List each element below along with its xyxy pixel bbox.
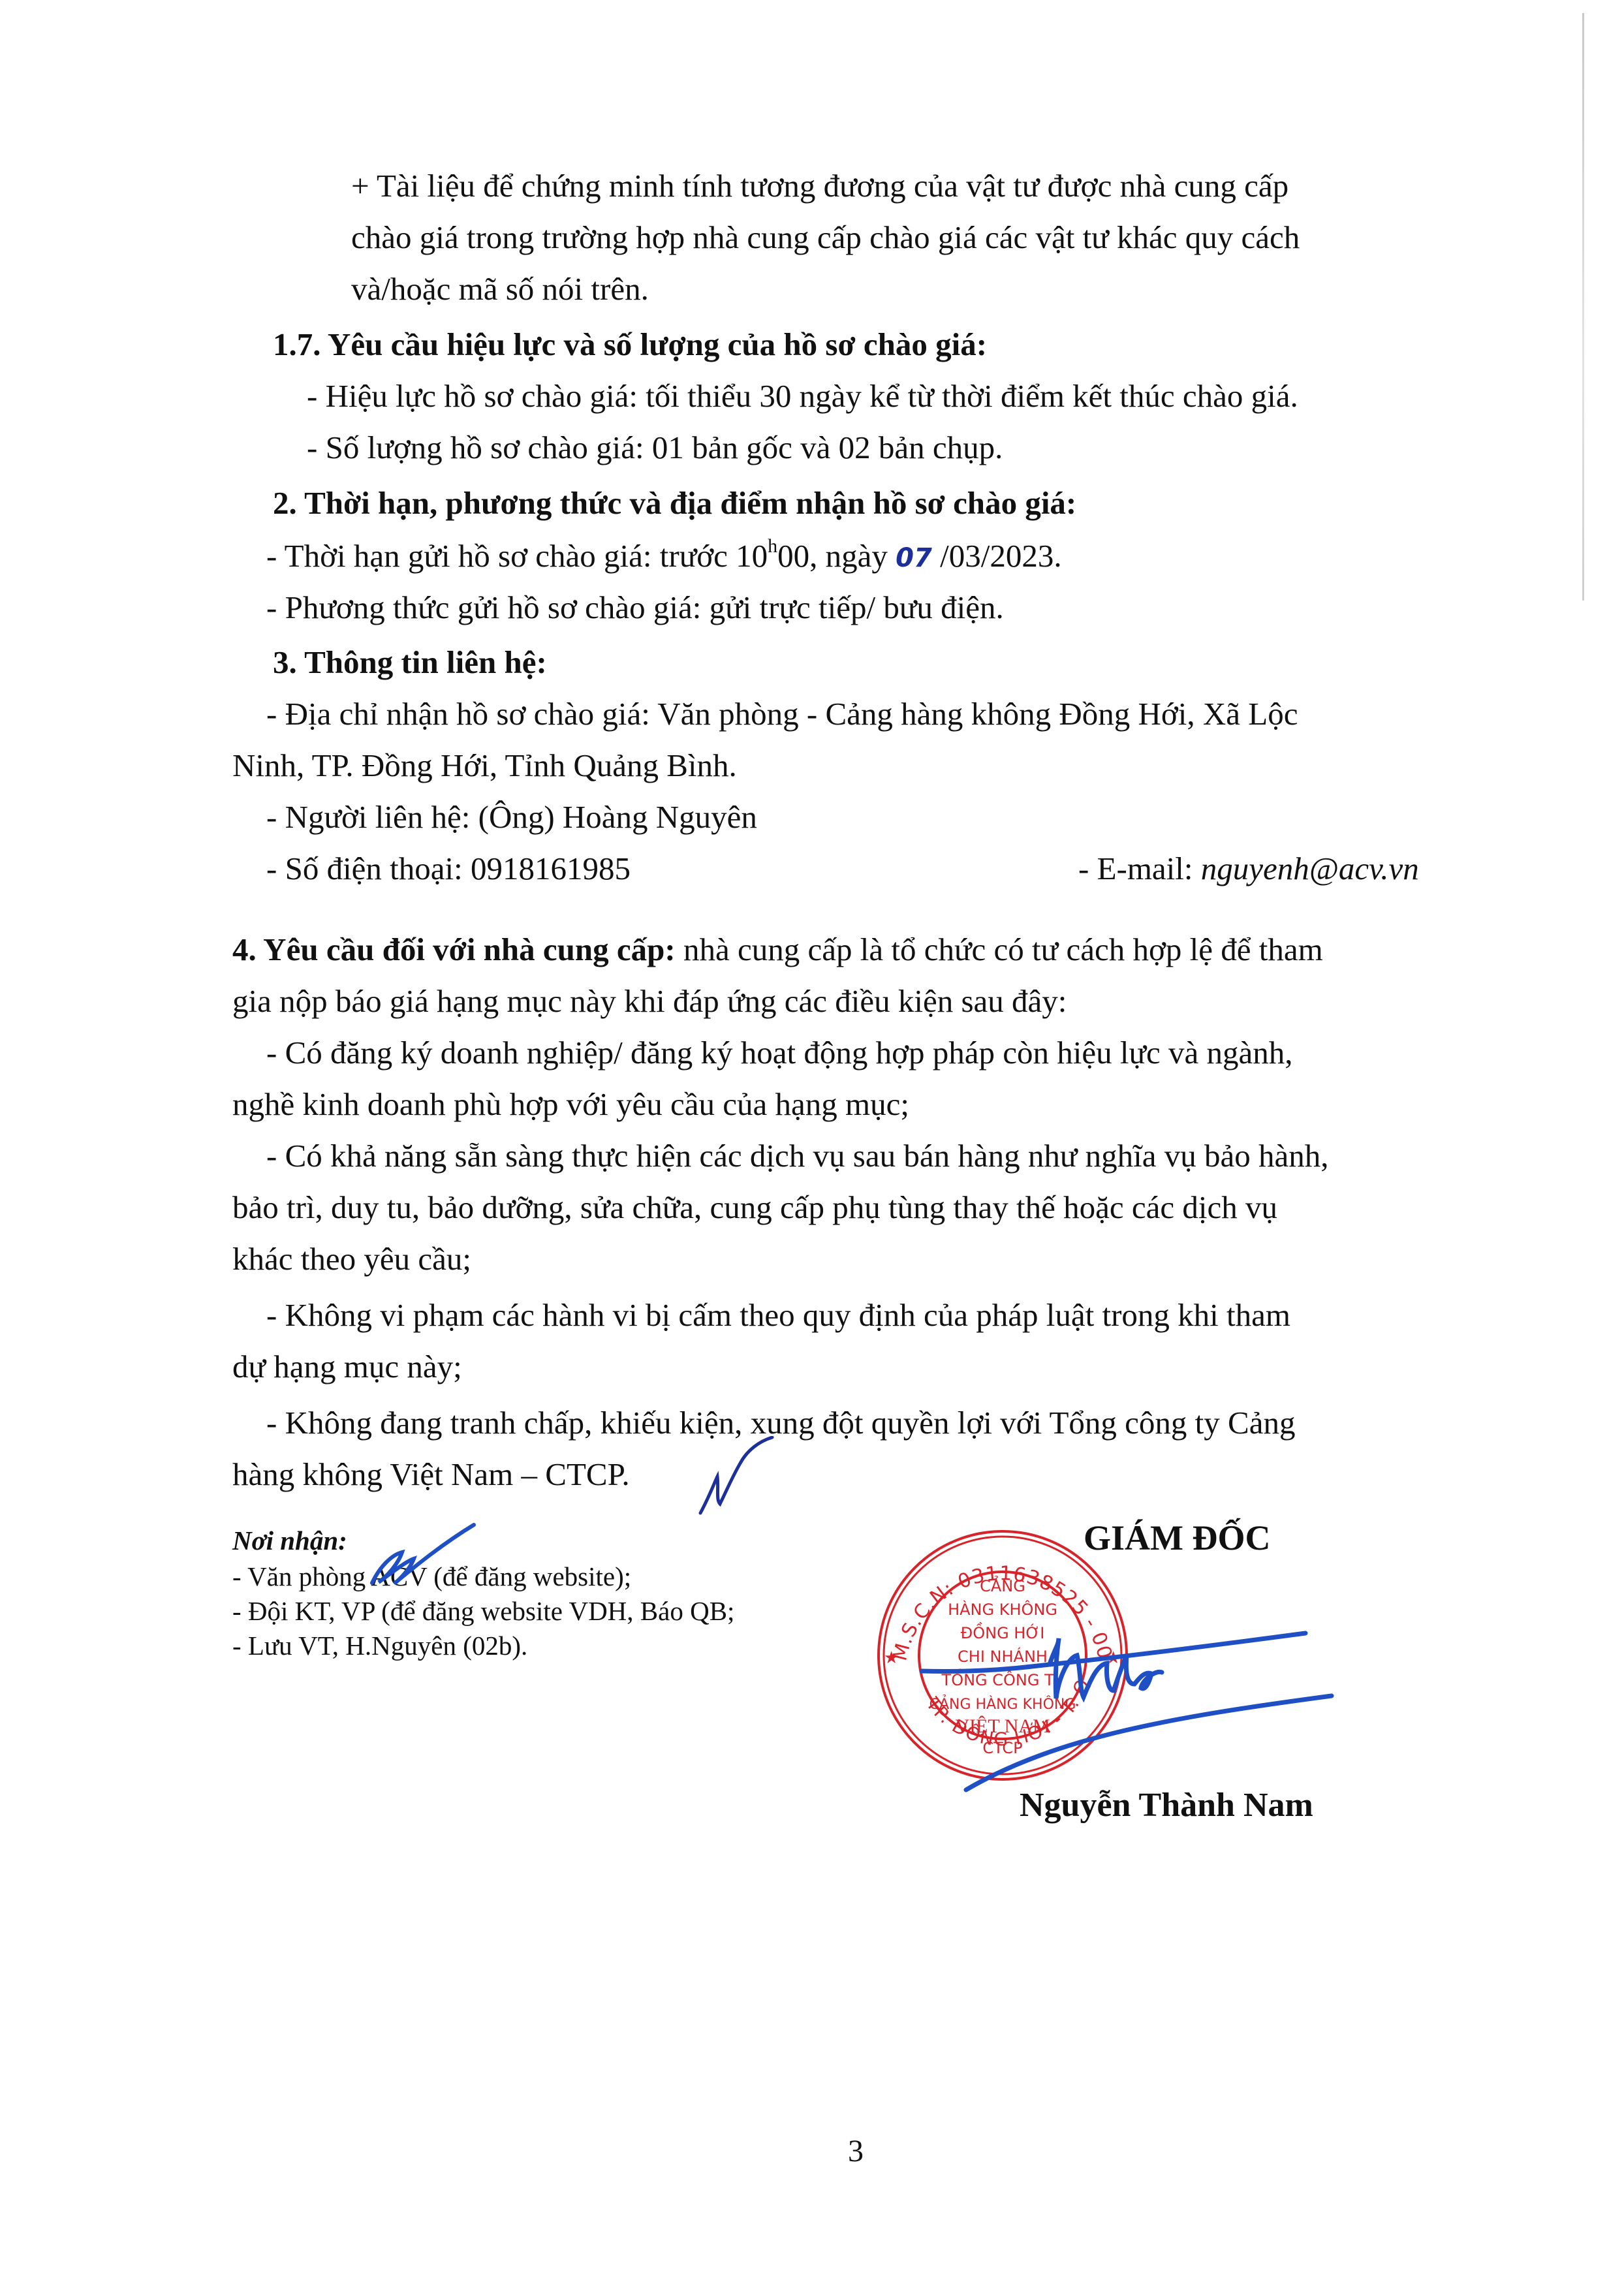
- deadline-mid: 00, ngày: [777, 538, 896, 574]
- recipients-title: Nơi nhận:: [232, 1524, 347, 1557]
- requirement-line: nghề kinh doanh phù hợp với yêu cầu của …: [232, 1085, 909, 1124]
- deadline-prefix: - Thời hạn gửi hồ sơ chào giá: trước 10: [266, 538, 768, 574]
- requirement-line: khác theo yêu cầu;: [232, 1240, 471, 1279]
- deadline-hour-sup: h: [768, 535, 777, 557]
- address-line-1: - Địa chỉ nhận hồ sơ chào giá: Văn phòng…: [266, 695, 1298, 734]
- intro-line-1: + Tài liệu để chứng minh tính tương đươn…: [351, 166, 1288, 206]
- section-1-7-item: - Số lượng hồ sơ chào giá: 01 bản gốc và…: [307, 428, 1003, 467]
- recipient-item: - Lưu VT, H.Nguyên (02b).: [232, 1629, 527, 1662]
- deadline-line: - Thời hạn gửi hồ sơ chào giá: trước 10h…: [266, 537, 1062, 578]
- email-link[interactable]: nguyenh@acv.vn: [1201, 851, 1419, 886]
- recipient-item: - Đội KT, VP (để đăng website VDH, Báo Q…: [232, 1595, 734, 1627]
- handwritten-day: 07: [896, 543, 932, 573]
- intro-line-3: và/hoặc mã số nói trên.: [351, 270, 649, 309]
- contact-person: - Người liên hệ: (Ông) Hoàng Nguyên: [266, 798, 757, 837]
- deadline-suffix: /03/2023.: [932, 538, 1062, 574]
- requirement-line: bảo trì, duy tu, bảo dưỡng, sửa chữa, cu…: [232, 1188, 1277, 1227]
- section-4-heading: 4. Yêu cầu đối với nhà cung cấp:: [232, 931, 676, 967]
- section-2-heading: 2. Thời hạn, phương thức và địa điểm nhậ…: [273, 484, 1076, 523]
- contact-phone: - Số điện thoại: 0918161985: [266, 849, 631, 888]
- address-line-2: Ninh, TP. Đồng Hới, Tỉnh Quảng Bình.: [232, 746, 737, 785]
- section-1-7-heading: 1.7. Yêu cầu hiệu lực và số lượng của hồ…: [273, 325, 987, 364]
- requirement-line: - Có khả năng sẵn sàng thực hiện các dịc…: [266, 1136, 1329, 1176]
- requirement-line: hàng không Việt Nam – CTCP.: [232, 1455, 630, 1494]
- requirement-line: dự hạng mục này;: [232, 1347, 462, 1386]
- intro-line-2: chào giá trong trường hợp nhà cung cấp c…: [351, 218, 1300, 257]
- submission-method: - Phương thức gửi hồ sơ chào giá: gửi tr…: [266, 588, 1004, 627]
- section-3-heading: 3. Thông tin liên hệ:: [273, 643, 547, 682]
- section-4-lead: 4. Yêu cầu đối với nhà cung cấp: nhà cun…: [232, 930, 1323, 969]
- page-number: 3: [848, 2133, 864, 2169]
- requirement-line: - Không vi phạm các hành vi bị cấm theo …: [266, 1296, 1290, 1335]
- signatory-name: Nguyễn Thành Nam: [1020, 1786, 1313, 1825]
- email-label: - E-mail:: [1078, 851, 1201, 886]
- initial-mark-icon: [695, 1436, 787, 1521]
- section-4-lead-text: nhà cung cấp là tổ chức có tư cách hợp l…: [676, 931, 1323, 967]
- section-1-7-item: - Hiệu lực hồ sơ chào giá: tối thiểu 30 …: [307, 377, 1298, 416]
- contact-email-row: - E-mail: nguyenh@acv.vn: [1078, 849, 1419, 888]
- scan-page-edge: [1582, 13, 1584, 601]
- requirement-line: - Có đăng ký doanh nghiệp/ đăng ký hoạt …: [266, 1033, 1293, 1072]
- initial-signature-icon: [346, 1521, 476, 1593]
- section-4-lead-line-2: gia nộp báo giá hạng mục này khi đáp ứng…: [232, 982, 1067, 1021]
